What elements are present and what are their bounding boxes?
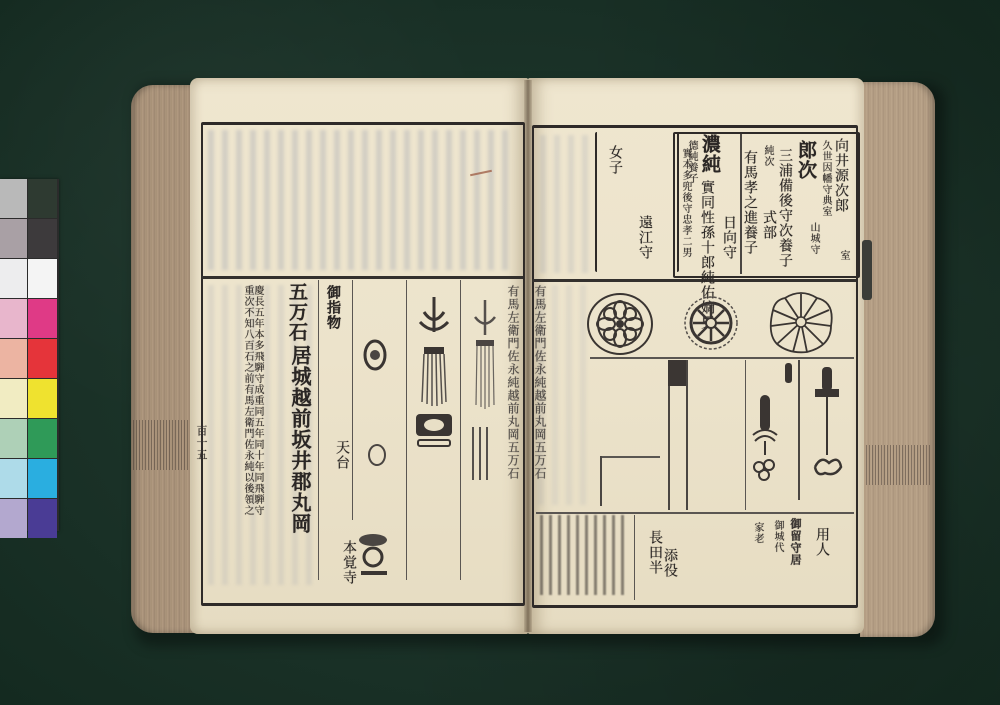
seal-lantern-illustration bbox=[355, 325, 395, 585]
color-swatch-left-7 bbox=[0, 459, 27, 498]
castle-location: 居城越前坂井郡丸岡 bbox=[290, 345, 310, 534]
mokko-crest-icon bbox=[587, 293, 653, 355]
retainer-name: 家老 bbox=[752, 522, 762, 544]
lower-divider bbox=[536, 512, 854, 514]
banner-label: 御指物 bbox=[326, 285, 340, 330]
retainer-name: 御留守居 bbox=[790, 518, 801, 566]
history-note-column: 慶長五年本多飛騨守成重同五年同十年同飛騨守重次不知八百石之前有馬左衛門佐永純以後… bbox=[242, 285, 262, 525]
stipend-label: 五万石 bbox=[287, 282, 306, 342]
color-swatch-right-7 bbox=[28, 459, 57, 498]
retainer-label: 用人 bbox=[815, 527, 829, 557]
column-rule bbox=[352, 280, 353, 520]
column-rule bbox=[318, 280, 319, 580]
bracket-line bbox=[600, 456, 602, 506]
column-rule bbox=[460, 280, 461, 580]
gutter-column-text: 有馬左衛門佐永純越前丸岡五万石 bbox=[507, 285, 519, 585]
page-number-label: 百十五 bbox=[196, 425, 207, 461]
name-column: 向井源次郎 bbox=[834, 138, 848, 213]
retainer-name: 長田半 bbox=[648, 530, 662, 575]
color-swatch-right-8 bbox=[28, 499, 57, 538]
wife-label: 室 bbox=[838, 250, 848, 261]
fore-edge-ink-left bbox=[133, 420, 195, 470]
color-swatch-right-5 bbox=[28, 379, 57, 418]
office-column: 式部 bbox=[762, 210, 776, 240]
retainer-name: 御城代 bbox=[772, 520, 782, 553]
name-column: 純次 bbox=[762, 145, 772, 167]
temple-label: 本覚寺 bbox=[342, 540, 356, 585]
column-rule bbox=[686, 360, 688, 510]
color-swatch-right-2 bbox=[28, 259, 57, 298]
color-swatch-right-1 bbox=[28, 219, 57, 258]
heir-name: 濃純 bbox=[700, 134, 719, 174]
color-swatch-left-6 bbox=[0, 419, 27, 458]
title-label: 山城守 bbox=[808, 222, 818, 255]
seal-stamp bbox=[668, 360, 686, 386]
color-swatch-left-0 bbox=[0, 179, 27, 218]
retainer-list-text bbox=[540, 515, 630, 595]
book-gutter bbox=[524, 80, 532, 632]
color-swatch-right-4 bbox=[28, 339, 57, 378]
spear-standards-illustration bbox=[745, 355, 855, 505]
color-swatch-right-0 bbox=[28, 179, 57, 218]
tassel-standard-icon bbox=[465, 295, 505, 415]
color-swatch-left-2 bbox=[0, 259, 27, 298]
left-panel-divider bbox=[201, 276, 523, 279]
title-column: 日向守 bbox=[722, 215, 736, 260]
right-panel-divider bbox=[532, 279, 856, 282]
color-calibration-chart bbox=[0, 179, 59, 531]
bracket-line bbox=[600, 456, 660, 458]
color-swatch-left-3 bbox=[0, 299, 27, 338]
color-swatch-left-5 bbox=[0, 379, 27, 418]
book-fore-edge-right bbox=[860, 82, 935, 637]
ink-mark bbox=[862, 240, 872, 300]
fore-edge-ink-right bbox=[860, 445, 930, 485]
spear-sheath-icon bbox=[465, 425, 495, 485]
adoption-column: 三浦備後守次養子 bbox=[778, 148, 792, 268]
tassel-standard-icon bbox=[410, 292, 458, 452]
sect-label: 天台 bbox=[335, 440, 349, 470]
color-swatch-left-8 bbox=[0, 499, 27, 538]
daughter-column: 女子 bbox=[608, 145, 622, 175]
adoption-column: 德純養子 bbox=[686, 140, 696, 184]
retainer-role: 添役 bbox=[663, 548, 677, 578]
name-column: 郎次 bbox=[796, 140, 815, 180]
relation-column: 久世因幡守典室 bbox=[820, 140, 830, 217]
chrysanthemum-crest-icon bbox=[765, 290, 837, 354]
wheel-crest-icon bbox=[680, 293, 742, 353]
color-swatch-right-6 bbox=[28, 419, 57, 458]
color-swatch-right-3 bbox=[28, 299, 57, 338]
title-column: 遠江守 bbox=[638, 215, 652, 260]
color-swatch-left-1 bbox=[0, 219, 27, 258]
left-upper-bleed-through bbox=[208, 130, 513, 270]
right-upper-bleed-through bbox=[540, 135, 595, 273]
column-rule bbox=[406, 280, 407, 580]
column-rule bbox=[634, 515, 635, 600]
gutter-column-text: 有馬左衛門佐永純越前丸岡五万石 bbox=[534, 285, 546, 595]
adoption-column: 有馬孝之進養子 bbox=[743, 150, 757, 255]
color-swatch-left-4 bbox=[0, 339, 27, 378]
